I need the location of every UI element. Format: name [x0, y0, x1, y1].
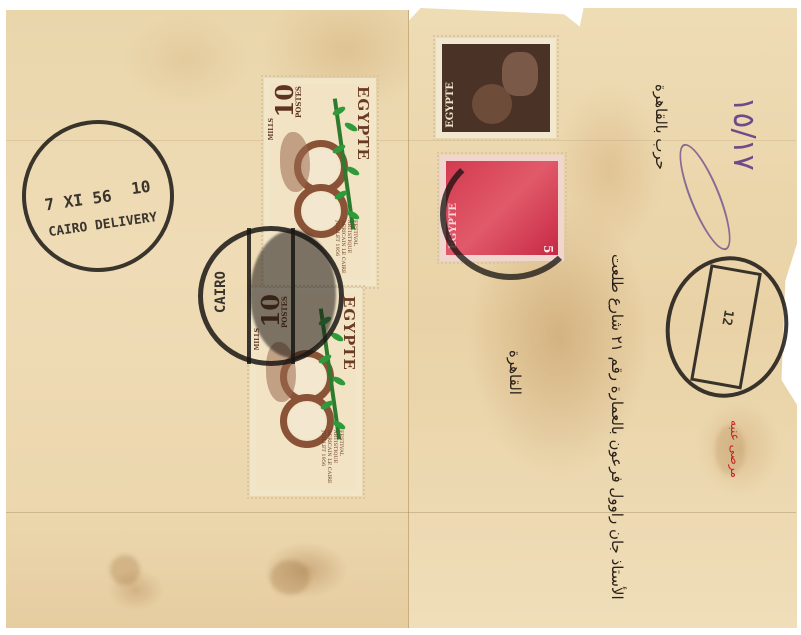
pencil-note: ١٥/١٧ [726, 96, 761, 171]
address-line-2: حرب بالقاهرة [652, 84, 670, 170]
postmark-date: 12 [718, 309, 735, 327]
address-line-1: الأستاذ جان راوول فرعون بالعمارة رقم ٢١ … [608, 70, 626, 600]
fold-crease [6, 512, 796, 513]
definitive-brown-stamp: EGYPTE [436, 38, 556, 138]
postmark-time: 10 [130, 177, 152, 198]
stamp-country: EGYPTE [445, 82, 456, 128]
stamp-caption: FESTIVAL ARTISTIQUE AFRICAIN LE CAIRE JU… [316, 430, 344, 490]
stamp-unit: MILLS [268, 118, 275, 140]
postmark-text: CAIRO [213, 271, 229, 313]
address-city: القاهرة [506, 350, 524, 395]
stamp-design [442, 44, 550, 132]
paper-stain [110, 555, 140, 585]
stamp-country: EGYPTE [354, 86, 372, 161]
paper-stain [270, 560, 310, 595]
tank-icon [502, 52, 538, 96]
africa-map-icon [280, 132, 310, 192]
red-stamp-cancel [440, 148, 582, 280]
sender-note: مرصى عنبه [728, 420, 742, 478]
stamp-posts-label: POSTES [294, 86, 303, 118]
postmark-ink-blot [250, 230, 336, 358]
